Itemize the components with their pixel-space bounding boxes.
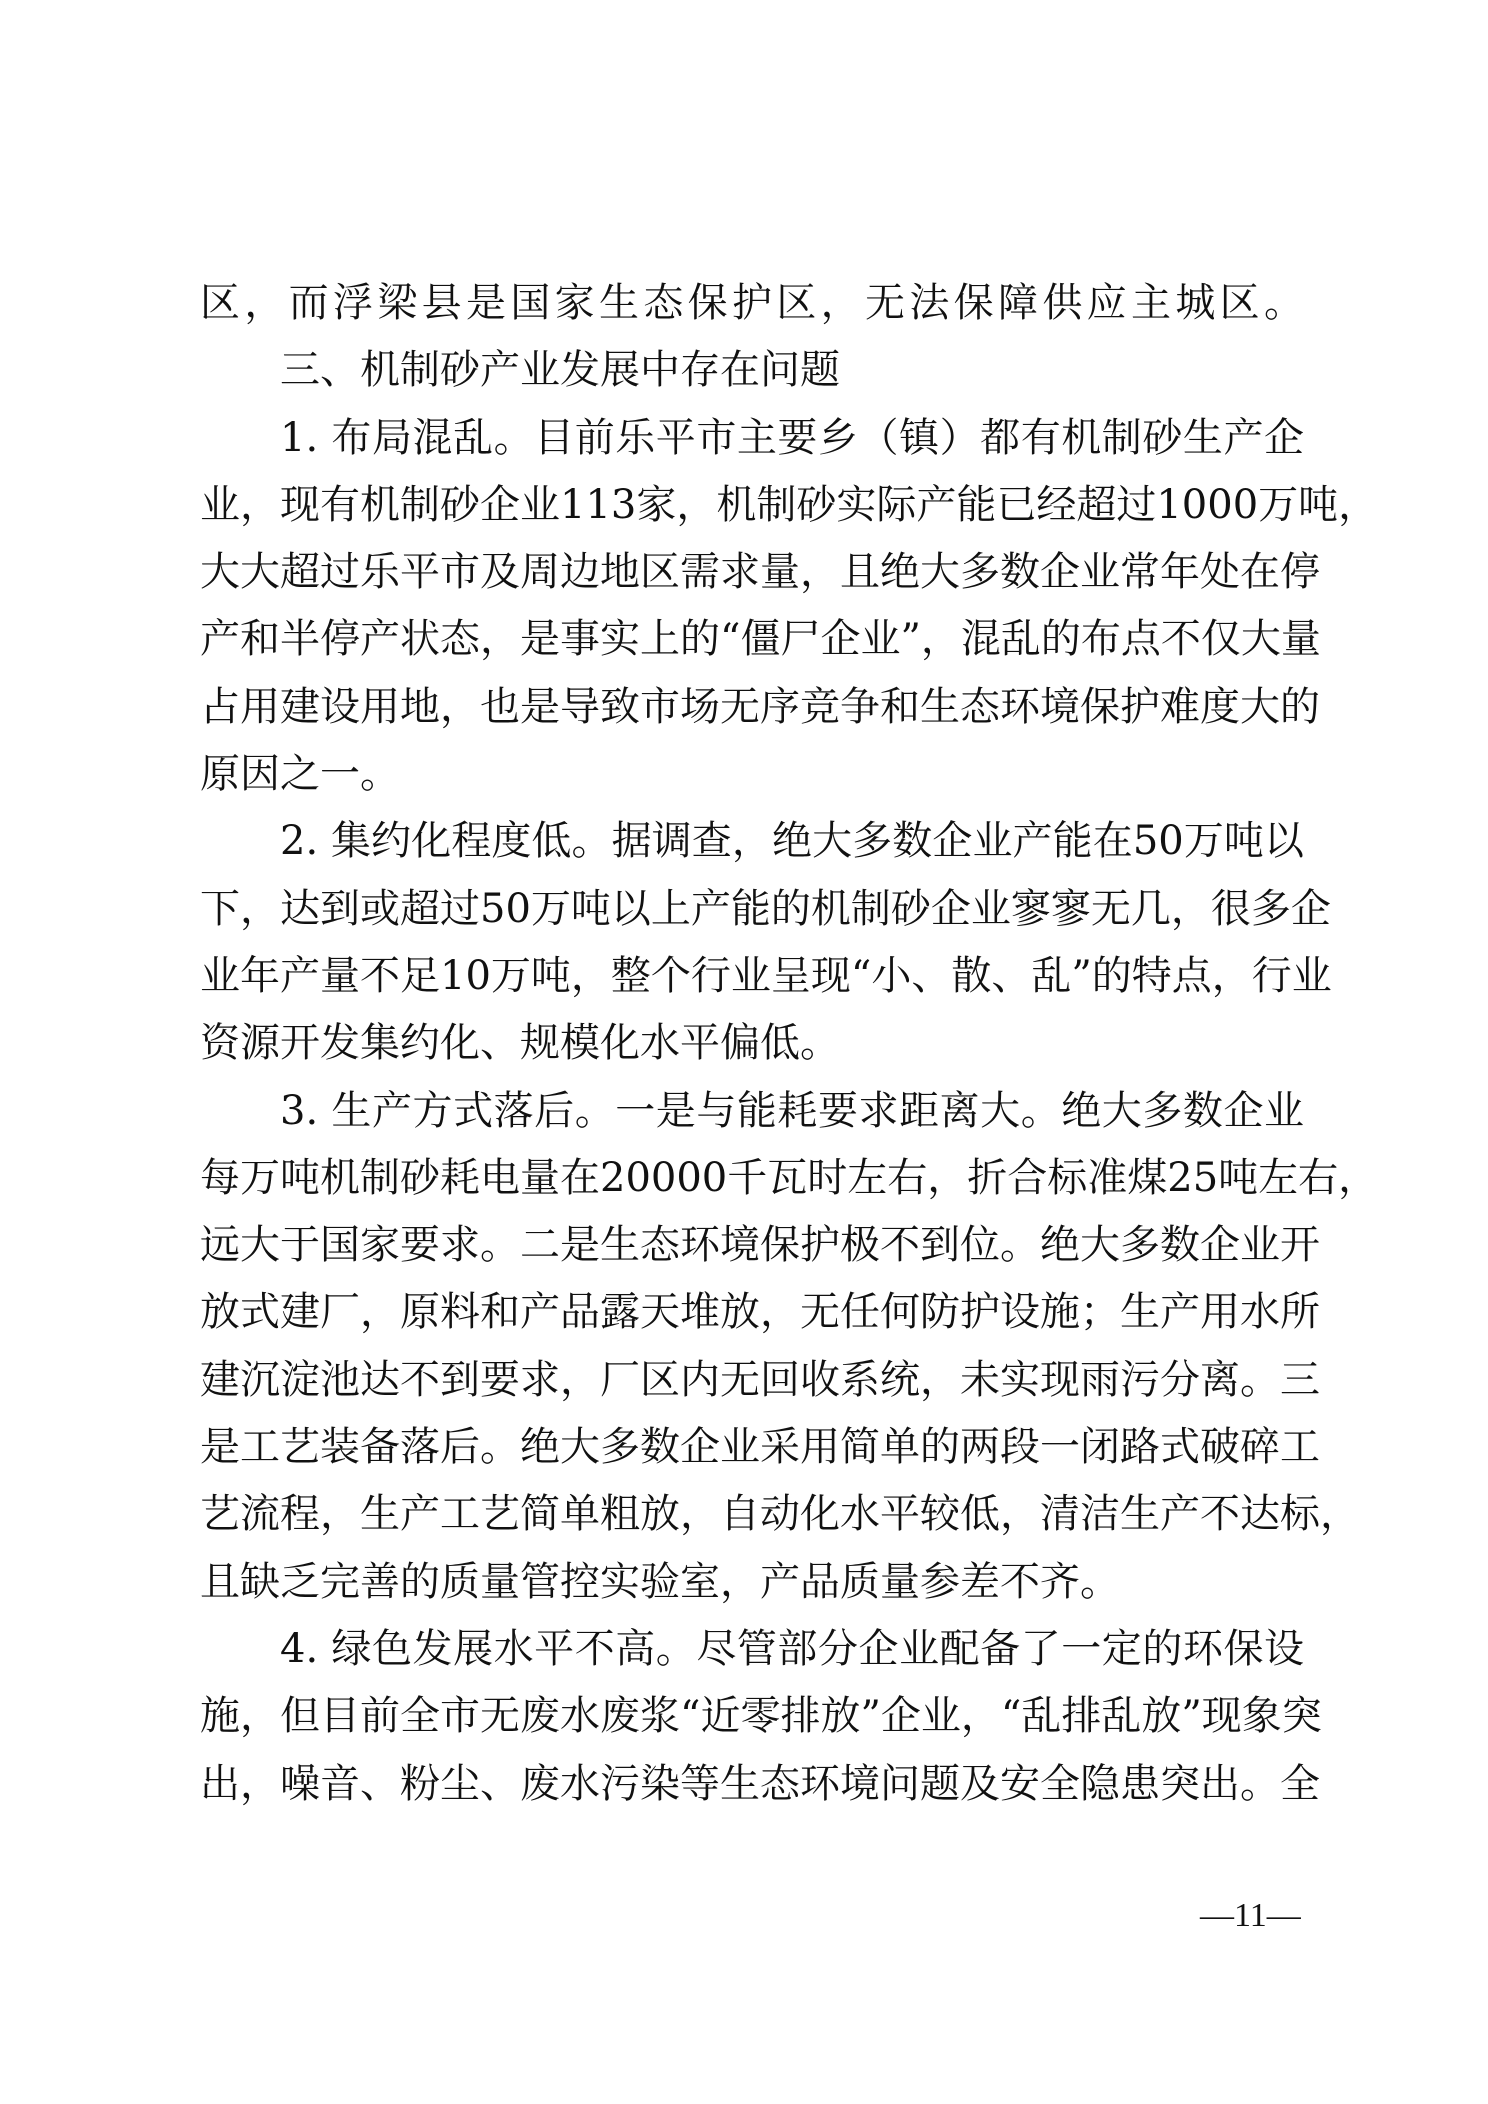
text-line: 资源开发集约化、规模化水平偏低。 — [200, 1010, 1304, 1077]
text-line: 施，但目前全市无废水废浆“近零排放”企业，“乱排乱放”现象突 — [200, 1683, 1304, 1750]
text-line: 出，噪音、粉尘、废水污染等生态环境问题及安全隐患突出。全 — [200, 1751, 1304, 1818]
section-heading: 三、机制砂产业发展中存在问题 — [200, 337, 1304, 404]
text-line: 区，而浮梁县是国家生态保护区，无法保障供应主城区。 — [200, 270, 1304, 337]
text-line: 远大于国家要求。二是生态环境保护极不到位。绝大多数企业开 — [200, 1212, 1304, 1279]
document-body: 区，而浮梁县是国家生态保护区，无法保障供应主城区。 三、机制砂产业发展中存在问题… — [200, 270, 1304, 1818]
text-line: 每万吨机制砂耗电量在20000千瓦时左右，折合标准煤25吨左右， — [200, 1145, 1304, 1212]
text-line: 放式建厂，原料和产品露天堆放，无任何防护设施；生产用水所 — [200, 1279, 1304, 1346]
text-line: 1. 布局混乱。目前乐平市主要乡（镇）都有机制砂生产企 — [200, 405, 1304, 472]
text-line: 且缺乏完善的质量管控实验室，产品质量参差不齐。 — [200, 1549, 1304, 1616]
text-line: 业，现有机制砂企业113家，机制砂实际产能已经超过1000万吨， — [200, 472, 1304, 539]
text-line: 艺流程，生产工艺简单粗放，自动化水平较低，清洁生产不达标， — [200, 1481, 1304, 1548]
text-line: 大大超过乐平市及周边地区需求量，且绝大多数企业常年处在停 — [200, 539, 1304, 606]
text-line: 下，达到或超过50万吨以上产能的机制砂企业寥寥无几，很多企 — [200, 876, 1304, 943]
page-number: —11— — [1200, 1897, 1301, 1935]
text-line: 是工艺装备落后。绝大多数企业采用简单的两段一闭路式破碎工 — [200, 1414, 1304, 1481]
text-line: 产和半停产状态，是事实上的“僵尸企业”，混乱的布点不仅大量 — [200, 606, 1304, 673]
text-line: 3. 生产方式落后。一是与能耗要求距离大。绝大多数企业 — [200, 1078, 1304, 1145]
text-line: 4. 绿色发展水平不高。尽管部分企业配备了一定的环保设 — [200, 1616, 1304, 1683]
text-line: 建沉淀池达不到要求，厂区内无回收系统，未实现雨污分离。三 — [200, 1347, 1304, 1414]
text-line: 业年产量不足10万吨，整个行业呈现“小、散、乱”的特点，行业 — [200, 943, 1304, 1010]
text-line: 原因之一。 — [200, 741, 1304, 808]
text-line: 占用建设用地，也是导致市场无序竞争和生态环境保护难度大的 — [200, 674, 1304, 741]
text-line: 2. 集约化程度低。据调查，绝大多数企业产能在50万吨以 — [200, 808, 1304, 875]
